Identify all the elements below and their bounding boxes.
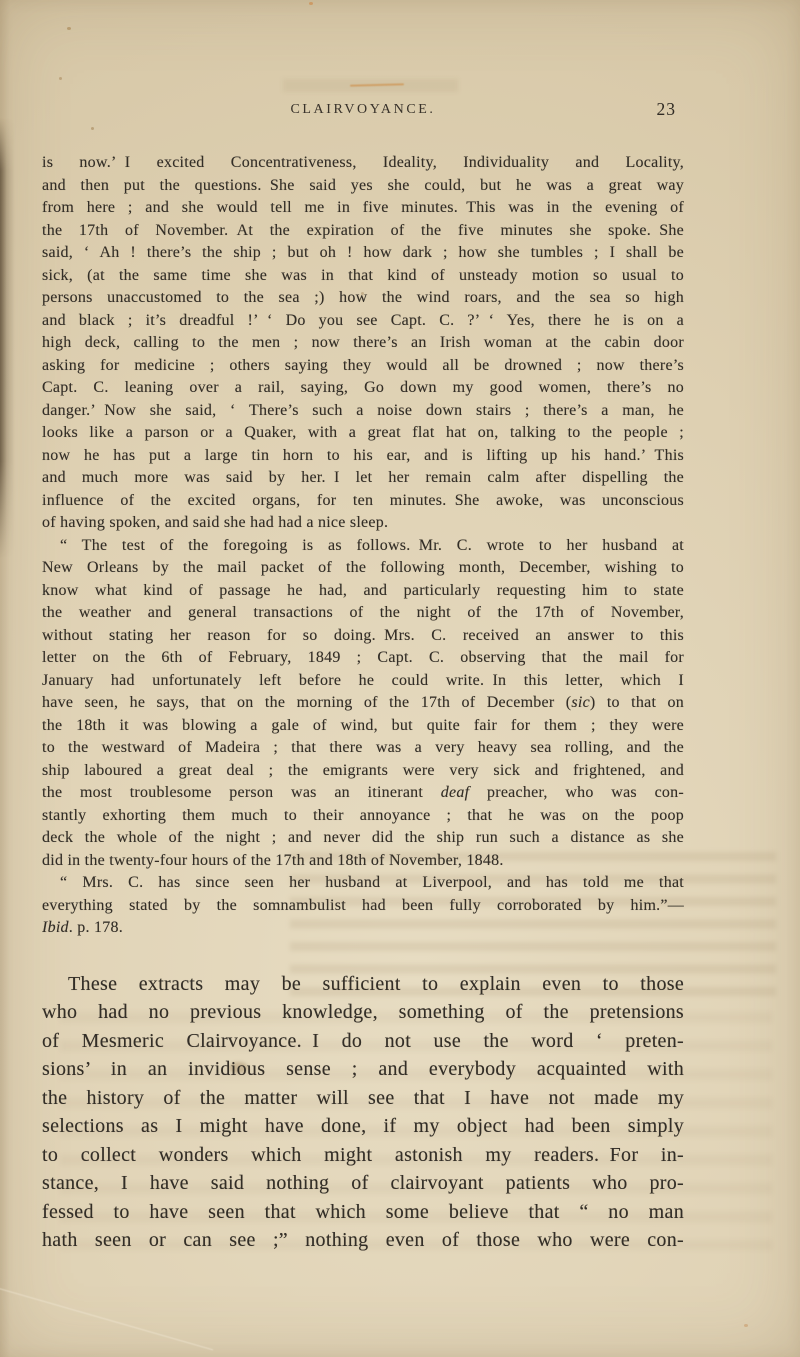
text-line: the weather and general transactions of … <box>42 602 684 625</box>
paper-speck <box>744 1324 748 1327</box>
page-edge-shadow <box>0 118 15 558</box>
text-line: said, ‘ Ah ! there’s the ship ; but oh !… <box>42 242 684 265</box>
running-title: CLAIRVOYANCE. <box>42 102 684 118</box>
paper-speck <box>67 27 71 30</box>
text-line: without stating her reason for so doing.… <box>42 625 684 648</box>
text-line: the 17th of November. At the expiration … <box>42 220 684 243</box>
text-line: of Mesmeric Clairvoyance. I do not use t… <box>42 1027 684 1056</box>
text-line: sick, (at the same time she was in that … <box>42 265 684 288</box>
text-block: is now.’ I excited Concentrativeness, Id… <box>42 152 684 1255</box>
text-line: “ The test of the foregoing is as follow… <box>42 535 684 558</box>
text-line: the most troublesome person was an itine… <box>42 782 684 805</box>
paragraph: “ The test of the foregoing is as follow… <box>42 535 684 873</box>
text-line: deck the whole of the night ; and never … <box>42 827 684 850</box>
text-line: looks like a parson or a Quaker, with a … <box>42 422 684 445</box>
paper-speck <box>59 77 62 80</box>
text-line: danger.’ Now she said, ‘ There’s such a … <box>42 400 684 423</box>
text-line: from here ; and she would tell me in fiv… <box>42 197 684 220</box>
text-line: persons unaccustomed to the sea ;) how t… <box>42 287 684 310</box>
text-line: fessed to have seen that which some beli… <box>42 1198 684 1227</box>
text-line: New Orleans by the mail packet of the fo… <box>42 557 684 580</box>
text-line: to the westward of Madeira ; that there … <box>42 737 684 760</box>
text-line: and black ; it’s dreadful !’ ‘ Do you se… <box>42 310 684 333</box>
text-line: ship laboured a great deal ; the emigran… <box>42 760 684 783</box>
text-line: of having spoken, and said she had had a… <box>42 512 684 535</box>
paper-crease <box>0 1286 213 1350</box>
text-line: know what kind of passage he had, and pa… <box>42 580 684 603</box>
book-page: CLAIRVOYANCE. 23 is now.’ I excited Conc… <box>0 0 800 1357</box>
text-line: and then put the questions. She said yes… <box>42 175 684 198</box>
text-line: now he has put a large tin horn to his e… <box>42 445 684 468</box>
text-line: letter on the 6th of February, 1849 ; Ca… <box>42 647 684 670</box>
text-line: is now.’ I excited Concentrativeness, Id… <box>42 152 684 175</box>
text-line: selections as I might have done, if my o… <box>42 1112 684 1141</box>
text-line: sions’ in an invidious sense ; and every… <box>42 1055 684 1084</box>
text-line: did in the twenty-four hours of the 17th… <box>42 850 684 873</box>
text-line: stantly exhorting them much to their ann… <box>42 805 684 828</box>
text-line: January had unfortunately left before he… <box>42 670 684 693</box>
page-number: 23 <box>657 99 677 120</box>
text-line: have seen, he says, that on the morning … <box>42 692 684 715</box>
text-line: the 18th it was blowing a gale of wind, … <box>42 715 684 738</box>
paragraph: “ Mrs. C. has since seen her husband at … <box>42 872 684 940</box>
text-line: everything stated by the somnambulist ha… <box>42 895 684 918</box>
text-line: stance, I have said nothing of clairvoya… <box>42 1169 684 1198</box>
text-line: “ Mrs. C. has since seen her husband at … <box>42 872 684 895</box>
text-line: the history of the matter will see that … <box>42 1084 684 1113</box>
paper-speck <box>91 127 94 130</box>
text-line: high deck, calling to the men ; now ther… <box>42 332 684 355</box>
text-line: Ibid. p. 178. <box>42 917 684 940</box>
page-header: CLAIRVOYANCE. 23 <box>42 99 684 123</box>
text-line: These extracts may be sufficient to expl… <box>42 970 684 999</box>
paragraph: These extracts may be sufficient to expl… <box>42 970 684 1255</box>
text-line: Capt. C. leaning over a rail, saying, Go… <box>42 377 684 400</box>
text-line: asking for medicine ; others saying they… <box>42 355 684 378</box>
text-line: to collect wonders which might astonish … <box>42 1141 684 1170</box>
paper-scratch <box>350 83 404 86</box>
text-line: and much more was said by her. I let her… <box>42 467 684 490</box>
paper-speck <box>309 2 313 5</box>
paragraph: is now.’ I excited Concentrativeness, Id… <box>42 152 684 535</box>
text-line: who had no previous knowledge, something… <box>42 998 684 1027</box>
text-line: influence of the excited organs, for ten… <box>42 490 684 513</box>
text-line: hath seen or can see ;” nothing even of … <box>42 1226 684 1255</box>
